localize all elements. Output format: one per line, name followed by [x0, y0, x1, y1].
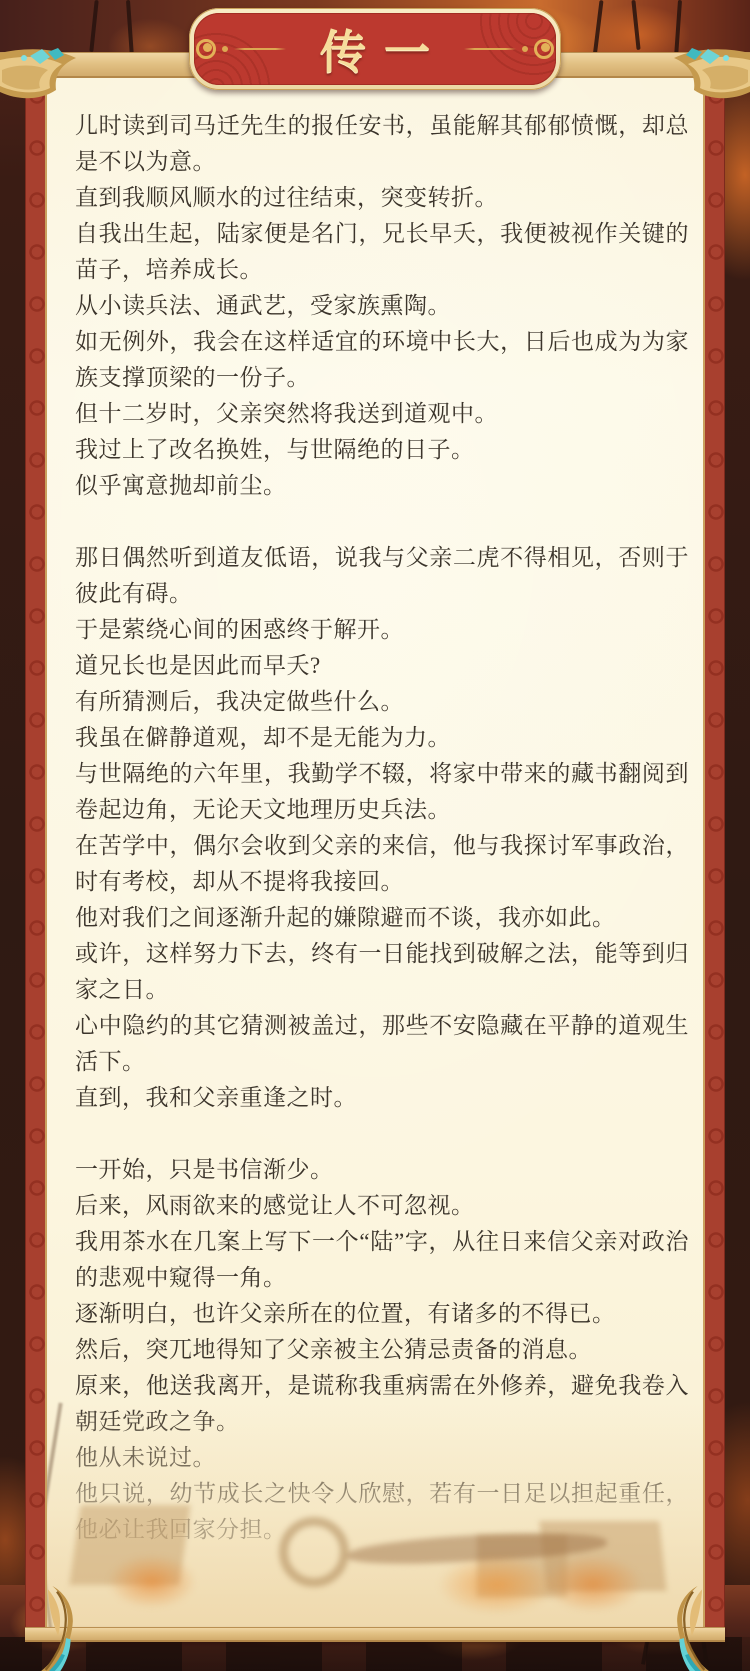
story-paragraph: 我用茶水在几案上写下一个“陆”字，从往日来信父亲对政治的悲观中窥得一角。 [75, 1224, 689, 1296]
story-paragraph: 道兄长也是因此而早夭? [75, 648, 689, 684]
fire-glow [543, 1555, 643, 1613]
page-title: 传一 [302, 16, 448, 82]
banner-divider-left [194, 39, 286, 59]
story-paragraph: 后来，风雨欲来的感觉让人不可忽视。 [75, 1188, 689, 1224]
story-paragraph: 有所猜测后，我决定做些什么。 [75, 684, 689, 720]
story-paragraph: 直到，我和父亲重逢之时。 [75, 1080, 689, 1116]
story-paragraph: 那日偶然听到道友低语，说我与父亲二虎不得相见，否则于彼此有碍。 [75, 540, 689, 612]
story-paragraph: 心中隐约的其它猜测被盖过，那些不安隐藏在平静的道观生活下。 [75, 1008, 689, 1080]
panel-border-left [25, 70, 47, 1630]
scroll-bottom-edge [25, 1627, 725, 1642]
corner-flourish-icon [0, 48, 96, 110]
mast-silhouette [631, 0, 640, 50]
dot-ornament-icon [522, 46, 528, 52]
story-section: 一开始，只是书信渐少。后来，风雨欲来的感觉让人不可忽视。我用茶水在几案上写下一个… [75, 1152, 689, 1548]
dot-ornament-icon [222, 46, 228, 52]
story-paragraph: 如无例外，我会在这样适宜的环境中长大，日后也成为为家族支撑顶梁的一份子。 [75, 324, 689, 396]
story-paragraph: 我过上了改名换姓，与世隔绝的日子。 [75, 432, 689, 468]
story-paragraph: 他只说，幼节成长之快令人欣慰，若有一日足以担起重任，他必让我回家分担。 [75, 1476, 689, 1548]
crate-silhouettes [0, 1637, 750, 1671]
story-paragraph: 然后，突兀地得知了父亲被主公猜忌责备的消息。 [75, 1332, 689, 1368]
story-paragraph: 儿时读到司马迁先生的报任安书，虽能解其郁郁愤慨，却总是不以为意。 [75, 108, 689, 180]
story-paragraph: 直到我顺风顺水的过往结束，突变转折。 [75, 180, 689, 216]
story-paragraph: 他对我们之间逐渐升起的嫌隙避而不谈，我亦如此。 [75, 900, 689, 936]
story-paragraph: 从小读兵法、通武艺，受家族熏陶。 [75, 288, 689, 324]
story-paragraph: 于是萦绕心间的困惑终于解开。 [75, 612, 689, 648]
story-section: 那日偶然听到道友低语，说我与父亲二虎不得相见，否则于彼此有碍。于是萦绕心间的困惑… [75, 540, 689, 1116]
story-paragraph: 但十二岁时，父亲突然将我送到道观中。 [75, 396, 689, 432]
title-banner: 传一 [189, 8, 561, 90]
story-paragraph: 我虽在僻静道观，却不是无能为力。 [75, 720, 689, 756]
mast-silhouette [592, 0, 603, 58]
story-paragraph: 他从未说过。 [75, 1440, 689, 1476]
mast-silhouette [47, 1403, 63, 1552]
story-paragraph: 或许，这样努力下去，终有一日能找到破解之法，能等到归家之日。 [75, 936, 689, 1008]
mast-silhouette [126, 0, 134, 58]
fire-glow [107, 1554, 197, 1609]
banner-divider-right [464, 39, 556, 59]
story-text: 儿时读到司马迁先生的报任安书，虽能解其郁郁愤慨，却总是不以为意。直到我顺风顺水的… [75, 108, 689, 1548]
fire-glow [437, 1555, 557, 1615]
story-paragraph: 一开始，只是书信渐少。 [75, 1152, 689, 1188]
ring-ornament-icon [196, 39, 216, 59]
ring-ornament-icon [534, 39, 554, 59]
corner-feather-icon [16, 1586, 111, 1671]
panel-border-right [703, 70, 725, 1630]
story-paragraph: 逐渐明白，也许父亲所在的位置，有诸多的不得已。 [75, 1296, 689, 1332]
story-paragraph: 似乎寓意抛却前尘。 [75, 468, 689, 504]
story-paragraph: 原来，他送我离开，是谎称我重病需在外修养，避免我卷入朝廷党政之争。 [75, 1368, 689, 1440]
story-section: 儿时读到司马迁先生的报任安书，虽能解其郁郁愤慨，却总是不以为意。直到我顺风顺水的… [75, 108, 689, 504]
divider-line-icon [464, 48, 516, 50]
corner-flourish-icon [654, 48, 750, 110]
divider-line-icon [234, 48, 286, 50]
story-paragraph: 自我出生起，陆家便是名门，兄长早夭，我便被视作关键的苗子，培养成长。 [75, 216, 689, 288]
story-paragraph: 在苦学中，偶尔会收到父亲的来信，他与我探讨军事政治，时有考校，却从不提将我接回。 [75, 828, 689, 900]
title-banner-plaque: 传一 [194, 13, 556, 85]
corner-feather-icon [639, 1586, 734, 1671]
biography-page: 儿时读到司马迁先生的报任安书，虽能解其郁郁愤慨，却总是不以为意。直到我顺风顺水的… [0, 0, 750, 1671]
story-paragraph: 与世隔绝的六年里，我勤学不辍，将家中带来的藏书翻阅到卷起边角，无论天文地理历史兵… [75, 756, 689, 828]
mast-silhouette [89, 0, 98, 52]
parchment-panel: 儿时读到司马迁先生的报任安书，虽能解其郁郁愤慨，却总是不以为意。直到我顺风顺水的… [47, 78, 703, 1627]
